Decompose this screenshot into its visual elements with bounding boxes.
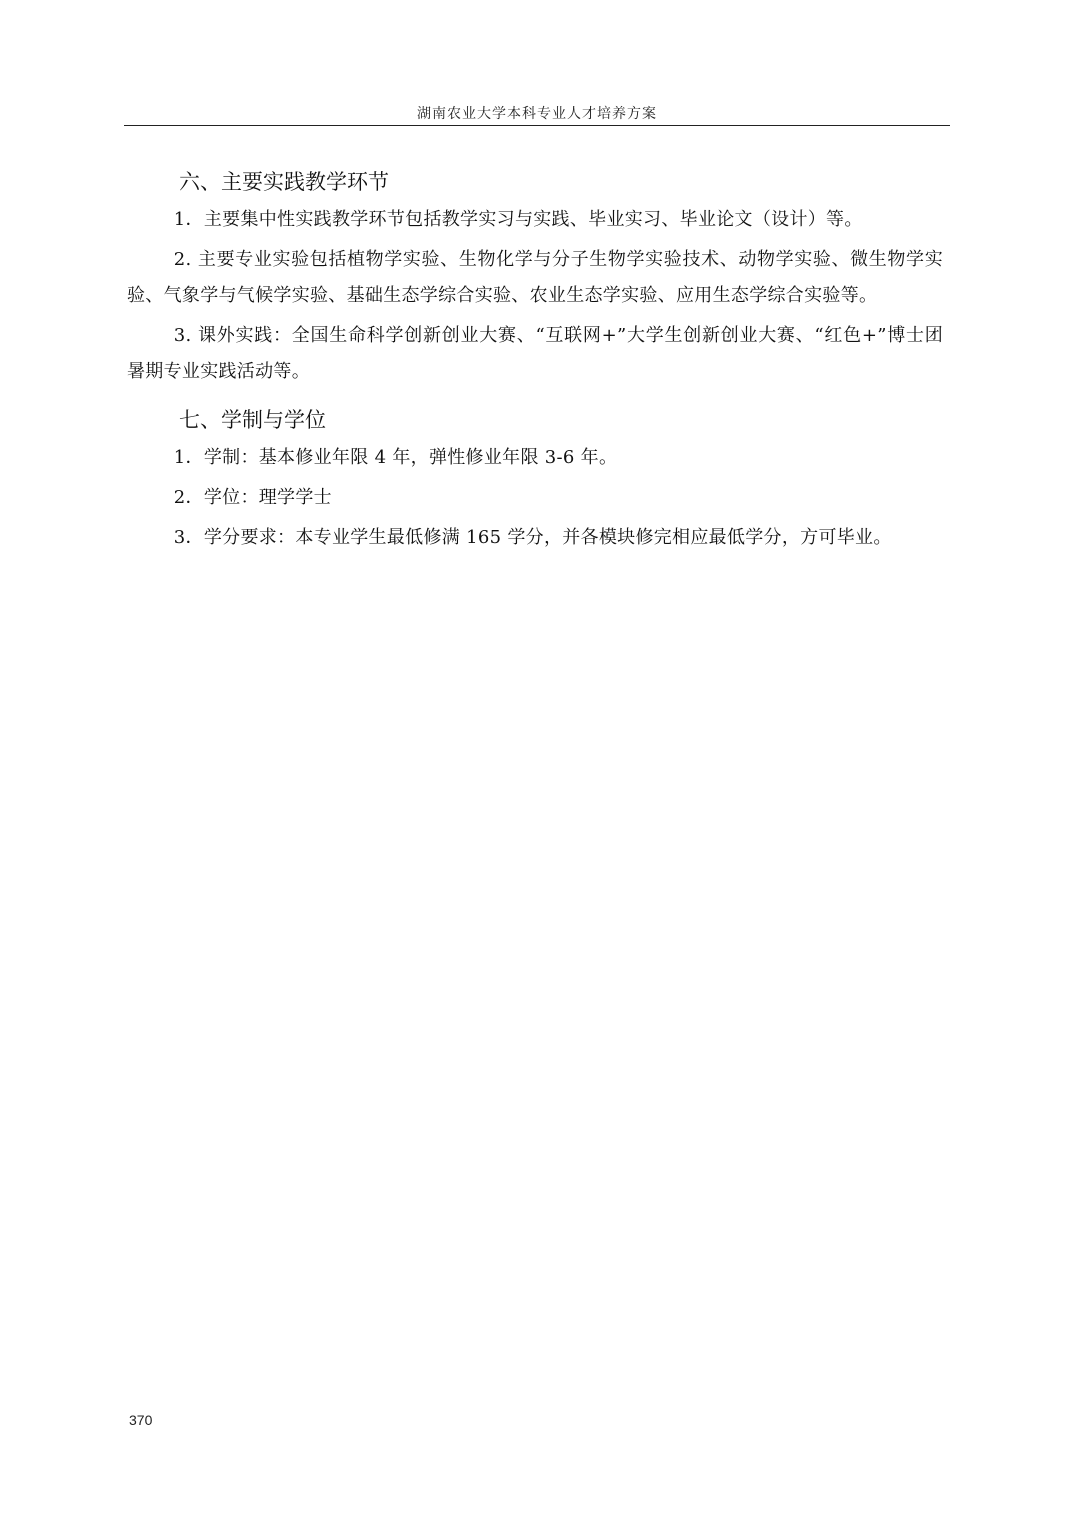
section-heading: 六、主要实践教学环节: [179, 162, 943, 202]
document-body: 六、主要实践教学环节 1．主要集中性实践教学环节包括教学实习与实践、毕业实习、毕…: [127, 162, 943, 560]
section-duration-and-degree: 七、学制与学位 1．学制：基本修业年限 4 年，弹性修业年限 3-6 年。 2．…: [127, 400, 943, 556]
paragraph: 2．学位：理学学士: [127, 480, 943, 516]
paragraph: 2. 主要专业实验包括植物学实验、生物化学与分子生物学实验技术、动物学实验、微生…: [127, 242, 943, 314]
paragraph: 3．学分要求：本专业学生最低修满 165 学分，并各模块修完相应最低学分，方可毕…: [127, 520, 943, 556]
section-practice-teaching: 六、主要实践教学环节 1．主要集中性实践教学环节包括教学实习与实践、毕业实习、毕…: [127, 162, 943, 390]
paragraph: 1．主要集中性实践教学环节包括教学实习与实践、毕业实习、毕业论文（设计）等。: [127, 202, 943, 238]
page-number: 370: [129, 1412, 152, 1428]
section-heading: 七、学制与学位: [179, 400, 943, 440]
paragraph: 1．学制：基本修业年限 4 年，弹性修业年限 3-6 年。: [127, 440, 943, 476]
header-divider: [124, 125, 950, 126]
running-header-title: 湖南农业大学本科专业人才培养方案: [0, 103, 1074, 123]
paragraph: 3. 课外实践：全国生命科学创新创业大赛、“互联网+”大学生创新创业大赛、“红色…: [127, 318, 943, 390]
